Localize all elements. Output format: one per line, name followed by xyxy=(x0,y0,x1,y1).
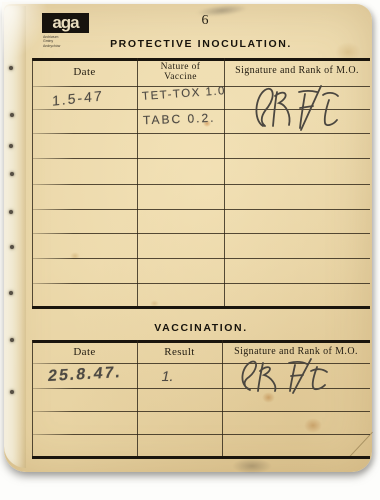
binding-hole xyxy=(9,210,13,214)
binding-hole xyxy=(9,291,13,295)
header-date: Date xyxy=(32,346,137,358)
row-rule xyxy=(33,158,370,159)
table-border-bottom xyxy=(32,456,370,459)
row-rule xyxy=(33,184,370,185)
header-signature: Signature and Rank of M.O. xyxy=(222,346,370,357)
row-rule xyxy=(33,258,370,259)
header-date: Date xyxy=(32,66,137,78)
row-rule xyxy=(33,233,370,234)
stain xyxy=(232,458,272,474)
binding-hole xyxy=(10,245,14,249)
binding-hole xyxy=(9,66,13,70)
header-nature-line2: Vaccine xyxy=(137,72,224,83)
page-number: 6 xyxy=(160,13,250,29)
column-divider xyxy=(137,58,138,308)
row-rule xyxy=(33,283,370,284)
inoculation-title: PROTECTIVE INOCULATION. xyxy=(32,38,370,50)
row-rule xyxy=(33,411,370,412)
stain xyxy=(304,418,322,433)
binding-frayed-edge xyxy=(4,6,26,468)
binding-hole xyxy=(9,144,13,148)
header-nature-line1: Nature of xyxy=(137,62,224,73)
table-border-top xyxy=(32,340,370,343)
table-border-top xyxy=(32,58,370,61)
binding-hole xyxy=(10,172,14,176)
stamp-logo-text: aga xyxy=(52,14,78,32)
table-border-left xyxy=(32,58,33,308)
medical-officer-signature xyxy=(232,358,334,394)
handwritten-vaccine-2: TABC 0.2. xyxy=(143,111,216,128)
binding-hole xyxy=(10,113,14,117)
medical-officer-signature xyxy=(248,85,344,131)
binding-hole xyxy=(10,338,14,342)
table-border-bottom xyxy=(32,306,370,309)
row-rule xyxy=(33,209,370,210)
binding-hole xyxy=(10,390,14,394)
row-rule xyxy=(33,434,370,435)
header-result: Result xyxy=(137,346,222,358)
column-divider xyxy=(222,340,223,457)
scanned-document: aga Archiwum Gminy Andrychów 6 PROTECTIV… xyxy=(0,0,380,500)
row-rule xyxy=(33,133,370,134)
archive-stamp: aga xyxy=(42,13,89,33)
header-signature: Signature and Rank of M.O. xyxy=(224,65,370,76)
vaccination-title: VACCINATION. xyxy=(32,322,370,334)
